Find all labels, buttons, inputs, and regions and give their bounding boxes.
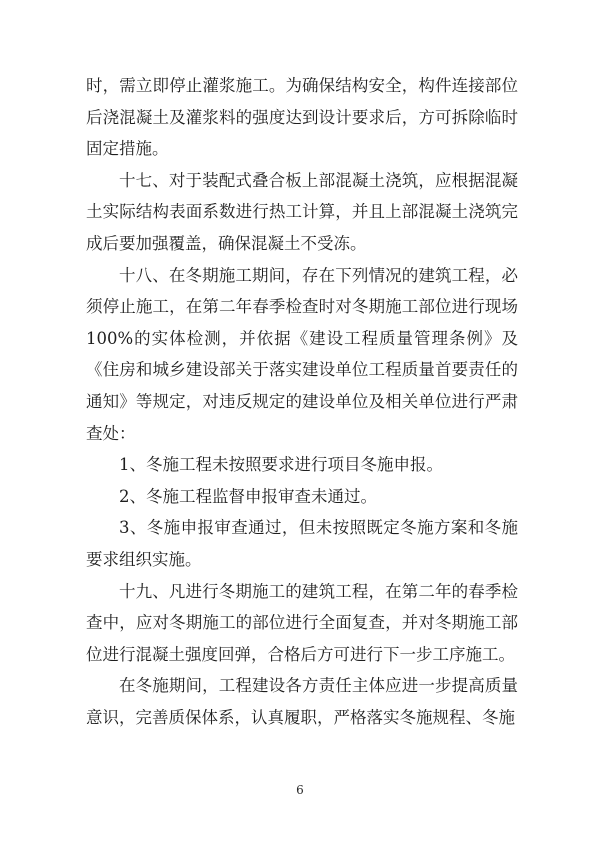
document-page: 时，需立即停止灌浆施工。为确保结构安全，构件连接部位后浇混凝土及灌浆料的强度达到… [0,0,600,848]
paragraph-closing: 在冬施期间，工程建设各方责任主体应进一步提高质量意识，完善质保体系，认真履职，严… [86,670,518,733]
paragraph-item-17: 十七、对于装配式叠合板上部混凝土浇筑，应根据混凝土实际结构表面系数进行热工计算，… [86,165,518,260]
list-item-1: 1、冬施工程未按照要求进行项目冬施申报。 [86,449,518,481]
page-number: 6 [0,783,600,797]
paragraph-item-18: 十八、在冬期施工期间，存在下列情况的建筑工程，必须停止施工，在第二年春季检查时对… [86,260,518,450]
paragraph-item-19: 十九、凡进行冬期施工的建筑工程，在第二年的春季检查中，应对冬期施工的部位进行全面… [86,576,518,671]
list-item-3: 3、冬施申报审查通过，但未按照既定冬施方案和冬施要求组织实施。 [86,512,518,575]
document-body: 时，需立即停止灌浆施工。为确保结构安全，构件连接部位后浇混凝土及灌浆料的强度达到… [86,70,518,733]
list-item-2: 2、冬施工程监督申报审查未通过。 [86,481,518,513]
paragraph-continuation: 时，需立即停止灌浆施工。为确保结构安全，构件连接部位后浇混凝土及灌浆料的强度达到… [86,70,518,165]
